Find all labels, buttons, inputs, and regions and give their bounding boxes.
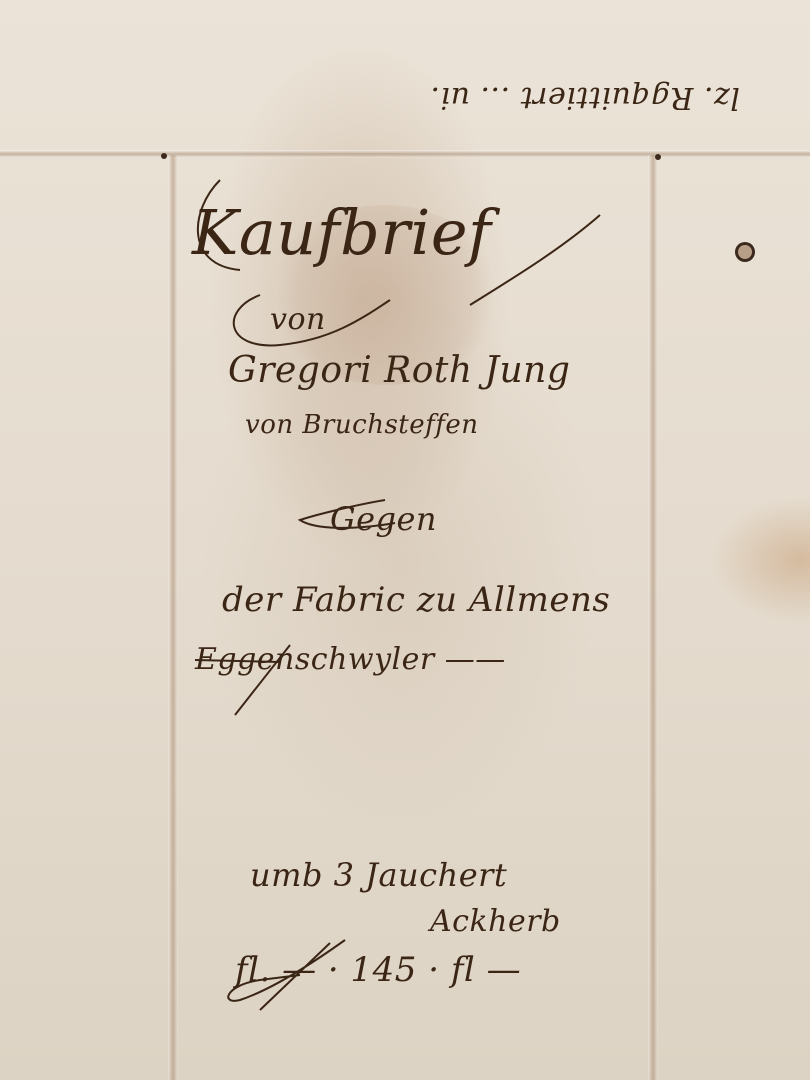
document-photo: lz. Rgquittiert ... ui. Kaufbrief von Gr… — [0, 0, 810, 1080]
strike-stroke — [190, 640, 310, 720]
line-umb-jauchert: umb 3 Jauchert — [250, 856, 507, 894]
line-name: Gregori Roth Jung — [228, 350, 570, 391]
line-fabric: der Fabric zu Allmens — [222, 580, 610, 620]
horizontal-fold-line — [0, 150, 810, 158]
line-place: von Bruchsteffen — [245, 410, 479, 440]
right-fold-line — [648, 155, 658, 1080]
title-flourish — [180, 170, 640, 310]
florin-flourish — [220, 935, 360, 1015]
gegen-flourish — [295, 495, 415, 545]
fold-pinhole — [655, 154, 661, 160]
left-fold-line — [168, 155, 178, 1080]
upside-down-note: lz. Rgquittiert ... ui. — [430, 80, 740, 115]
fold-pinhole — [161, 153, 167, 159]
worm-hole — [735, 242, 755, 262]
line-ackherb: Ackherb — [430, 904, 561, 939]
